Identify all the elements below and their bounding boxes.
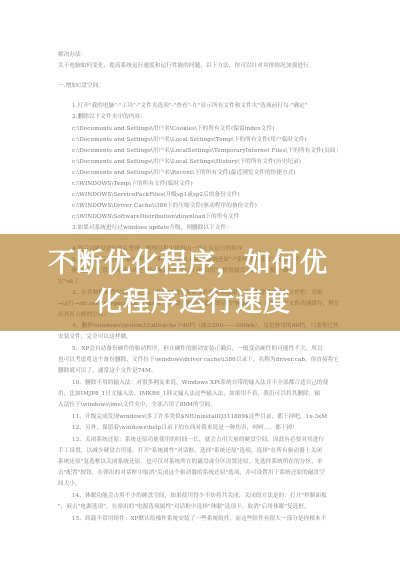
document-line: 3.如果对系统进行过windoes update升级，则删除以下文件： — [72, 224, 338, 233]
document-line: 13、关闭系统还原：系统还原功能使用的时间一长，就会占用大量的硬盘空间。因此有必… — [72, 436, 338, 445]
document-line: 14、休眠功能会占用不少的硬盘空间，如果使用得少不妨将共关闭，关闭的方法是的：打… — [72, 492, 338, 501]
document-line: 用，比如IMJP8_1日文输入法、IMKR6_1韩文输入法这些输入法，如果用不着… — [58, 390, 338, 399]
document-line: 11、升级完成发现windows\多了许多类似$NtUninstallQ3118… — [72, 413, 338, 422]
document-line: 安装文件，完全可以这样做。 — [58, 333, 338, 342]
document-line: c:\WINDOWS\Temp\下的所有文件(临时文件) — [72, 180, 338, 189]
document-line: 12、另外，保留着\windows\help目录下的东西对我来说是一种伤害，呵呵… — [72, 424, 338, 433]
document-line: 手工设置，以减少硬盘占用量。打开"系统属性"对话框，选择"系统还原"选项，选择"… — [58, 447, 338, 456]
document-line: c:\WINDOWS\Driver Cache\i386下的压缩文件(驱动程序的… — [72, 202, 338, 211]
document-line: 也可以考虑将这个备份删除，文件位于\windows\driver cache\i… — [58, 356, 338, 365]
document-line: 4、删掉\windows\system32\dllcache下dll档（减去20… — [72, 322, 338, 331]
document-line: c:\Documents and Settings\用户名\Recent\下的所… — [72, 169, 338, 178]
document-line: 2.删除以下文件夹中的内容： — [72, 113, 338, 122]
document-line: c:\WINDOWS\SoftwareDistribution\download… — [72, 213, 338, 222]
document-line: 10、删除不用的输入法：对很多网友来说，Windows XPt系统自带的输入法并… — [72, 379, 338, 388]
document-line: c:\Documents and Settings\用户名\LocalSetti… — [72, 147, 338, 156]
document-line: 系统还原"复选框以关闭系统还原。也可仅对系统所在的磁盘或分区设置还原。先选择系统… — [58, 458, 338, 467]
document-line: 解决办法： — [58, 51, 338, 60]
document-line: c:\Documents and Settings\用户名\Local Sett… — [72, 158, 338, 167]
document-line: 入法位于\windows\ime\文件夹中，全部占用了88M的空间。 — [58, 401, 338, 410]
banner-title-line-1: 不断优化程序，如何优 — [48, 247, 400, 281]
document-line: c:\Documents and Settings\用户名\Cookies\下的… — [72, 125, 338, 134]
document-line: 击"配置"按钮，在弹出的对话框中取消"关闭这个驱动器的系统还原"选项，并可设置用… — [58, 469, 338, 478]
document-line: c:\WINDOWS\ServicePackFiles(升级sp1或sp2后的备… — [72, 191, 338, 200]
document-line: 删除就可以了，通常这个文件是74M。 — [58, 367, 338, 376]
document-line: 间大小。 — [58, 480, 338, 489]
document-page: 解决办法：关于电脑如何变化，提高系统运行速度和运行性能的问题，以下方法，你可以针… — [0, 0, 400, 566]
document-line: c:\Documents and Settings\用户名\Local Sett… — [72, 136, 338, 145]
banner-title-line-2: 化程序运行速度 — [95, 286, 395, 320]
document-line: 一.增加C盘空间。 — [58, 82, 338, 91]
document-line: 5、XP会自动备份硬件的驱动程序，但在硬件的驱动安装正确后，一般变动硬件的可能性… — [72, 345, 338, 354]
document-line: 关于电脑如何变化，提高系统运行速度和运行性能的问题，以下方法，你可以针对具体情况… — [58, 62, 338, 71]
document-line: "，双击"电源选项"，在弹出的"电源选项属性"对话框中选择"休眠"选项卡，取消"… — [58, 503, 338, 512]
document-line: 1.打开"我的电脑"-"工具"-"文件夹选项"-"查看"-在"显示所有文件和文件… — [72, 102, 338, 111]
document-line: 15、卸载不常用组件：XP默认给操作系统安装了一些系统组件，而这些组件有很大一部… — [72, 515, 338, 524]
